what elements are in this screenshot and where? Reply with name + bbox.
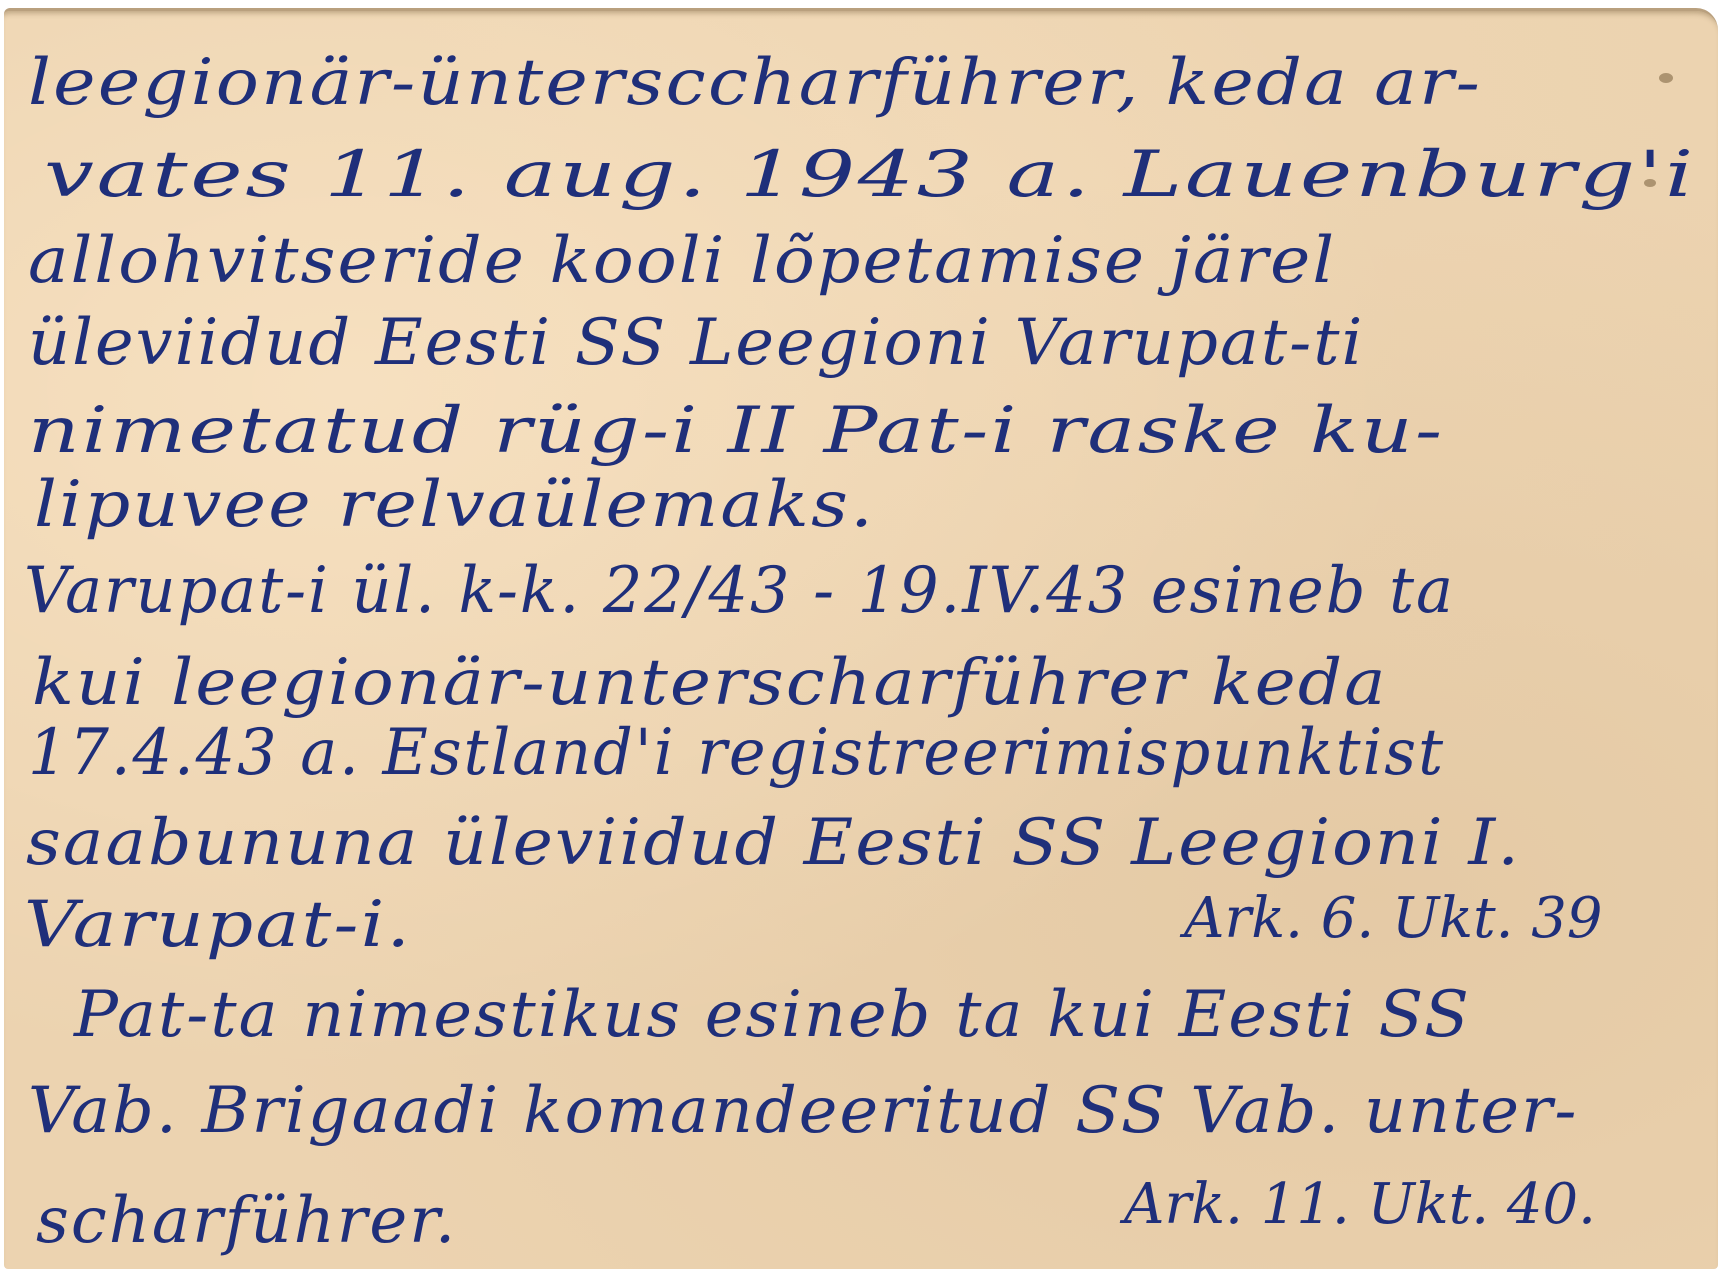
handwritten-line-6: lipuvee relvaülemaks. [34,473,875,537]
handwritten-line-10: saabununa üleviidud Eesti SS Leegioni I. [26,811,1521,875]
archive-reference-1: Ark. 6. Ukt. 39 [1184,891,1602,947]
handwritten-line-8: kui leegionär-unterscharführer keda [32,651,1388,715]
handwritten-line-7: Varupat-i ül. k-k. 22/43 - 19.IV.43 esin… [24,559,1455,623]
handwritten-line-1: leegionär-üntersccharführer, keda ar- [28,51,1482,115]
handwritten-line-3: allohvitseride kooli lõpetamise järel [28,229,1336,293]
handwritten-line-4: üleviidud Eesti SS Leegioni Varupat-ti [28,311,1364,375]
document-card: leegionär-üntersccharführer, keda ar- va… [4,8,1718,1269]
handwritten-line-9: 17.4.43 a. Estland'i registreerimispunkt… [28,721,1445,785]
handwritten-line-12: Pat-ta nimestikus esineb ta kui Eesti SS [74,983,1471,1047]
handwritten-line-14: scharführer. [36,1189,457,1253]
archive-reference-2: Ark. 11. Ukt. 40. [1124,1177,1596,1233]
handwritten-line-2: vates 11. aug. 1943 a. Lauenburg'i [44,143,1696,207]
handwritten-line-11: Varupat-i. [24,893,412,957]
paper-damage-spot [1659,73,1673,83]
handwritten-line-13: Vab. Brigaadi komandeeritud SS Vab. unte… [28,1079,1578,1143]
handwritten-line-5: nimetatud rüg-i II Pat-i raske ku- [28,399,1445,463]
